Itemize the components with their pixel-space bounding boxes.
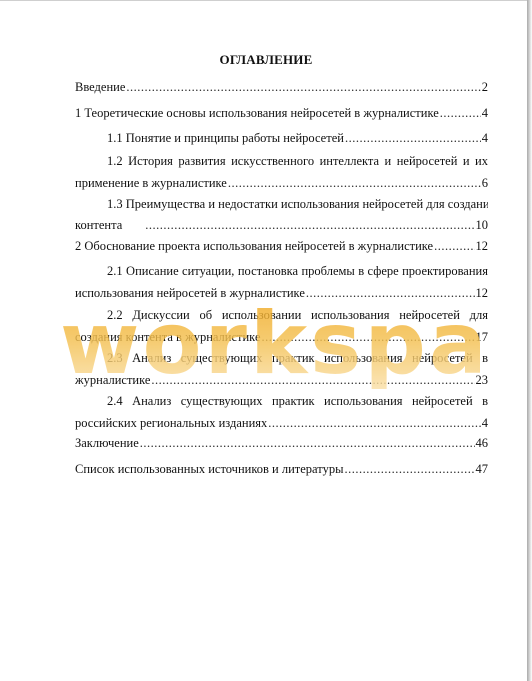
toc-page-number: 47	[476, 461, 489, 477]
toc-page-number: 6	[482, 175, 488, 191]
toc-leader-dots	[140, 435, 475, 451]
toc-page-number: 4	[482, 130, 488, 146]
toc-entry-2-1[interactable]: использования нейросетей в журналистике …	[75, 285, 488, 301]
toc-entry-1-3[interactable]: контента 10	[75, 217, 488, 233]
page-edge-shadow	[527, 0, 532, 681]
toc-entry-text: создания контента в журналистике	[75, 329, 261, 345]
toc-entry-text: Введение	[75, 79, 125, 95]
toc-entry-2-2-line1[interactable]: 2.2 Дискуссии об использовании использов…	[75, 307, 488, 323]
toc-entry-2-1-line1[interactable]: 2.1 Описание ситуации, постановка пробле…	[75, 263, 488, 279]
toc-entry-conclusion[interactable]: Заключение 46	[75, 435, 488, 451]
toc-entry-text: 2 Обоснование проекта использования нейр…	[75, 238, 433, 254]
toc-page-number: 12	[476, 285, 489, 301]
toc-entry-2-4[interactable]: российских региональных изданиях 4	[75, 415, 488, 431]
toc-page-number: 12	[476, 238, 489, 254]
toc-entry-text: журналистике	[75, 372, 150, 388]
toc-entry-2-4-line1[interactable]: 2.4 Анализ существующих практик использо…	[75, 393, 488, 409]
toc-entry-text: 1.1 Понятие и принципы работы нейросетей	[75, 130, 344, 146]
toc-leader-dots	[268, 415, 480, 431]
toc-entry-text: контента	[75, 217, 122, 233]
toc-leader-dots	[126, 79, 480, 95]
toc-entry-1-1[interactable]: 1.1 Понятие и принципы работы нейросетей…	[75, 130, 488, 146]
toc-page-number: 17	[476, 329, 489, 345]
toc-entry-text: российских региональных изданиях	[75, 415, 267, 431]
toc-leader-dots	[345, 130, 481, 146]
toc-page-number: 2	[482, 79, 488, 95]
toc-entry-2-2[interactable]: создания контента в журналистике 17	[75, 329, 488, 345]
toc-entry-text: применение в журналистике	[75, 175, 227, 191]
toc-entry-text: Заключение	[75, 435, 139, 451]
toc-entry-text: Список использованных источников и литер…	[75, 461, 343, 477]
toc-entry-references[interactable]: Список использованных источников и литер…	[75, 461, 488, 477]
toc-page-number: 23	[476, 372, 489, 388]
toc-page-number: 4	[482, 415, 488, 431]
toc-page-number: 46	[476, 435, 489, 451]
toc-entry-chapter-1[interactable]: 1 Теоретические основы использования ней…	[75, 105, 488, 121]
toc-leader-dots	[434, 238, 474, 254]
toc-leader-dots	[145, 217, 474, 233]
toc-leader-dots	[306, 285, 475, 301]
toc-page-number: 10	[476, 217, 489, 233]
toc-leader-dots	[151, 372, 474, 388]
toc-leader-dots	[440, 105, 481, 121]
toc-entry-1-2[interactable]: применение в журналистике 6	[75, 175, 488, 191]
toc-leader-dots	[262, 329, 475, 345]
toc-entry-1-3-line1[interactable]: 1.3 Преимущества и недостатки использова…	[75, 196, 488, 212]
toc-entry-introduction[interactable]: Введение 2	[75, 79, 488, 95]
toc-leader-dots	[344, 461, 474, 477]
toc-page-number: 4	[482, 105, 488, 121]
toc-entry-chapter-2[interactable]: 2 Обоснование проекта использования нейр…	[75, 238, 488, 254]
toc-entry-text: 1 Теоретические основы использования ней…	[75, 105, 439, 121]
toc-entry-2-3[interactable]: журналистике 23	[75, 372, 488, 388]
toc-entry-2-3-line1[interactable]: 2.3 Анализ существующих практик использо…	[75, 350, 488, 366]
toc-title: ОГЛАВЛЕНИЕ	[0, 52, 532, 68]
toc-entry-text: использования нейросетей в журналистике	[75, 285, 305, 301]
document-page: ОГЛАВЛЕНИЕ Введение 2 1 Теоретические ос…	[0, 0, 527, 681]
toc-entry-1-2-line1[interactable]: 1.2 История развития искусственного инте…	[75, 153, 488, 169]
toc-leader-dots	[228, 175, 481, 191]
